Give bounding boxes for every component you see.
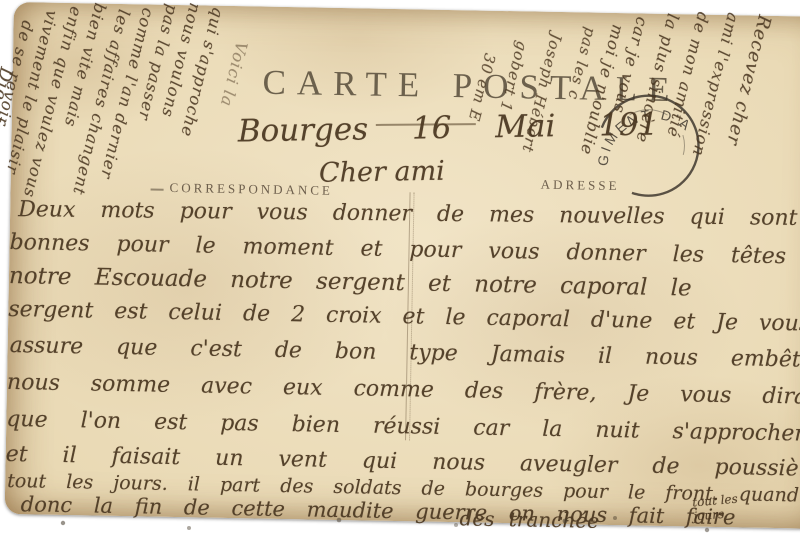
title-word-carte: CARTE [262, 63, 430, 106]
corner-note: tout les jours [692, 490, 770, 524]
salutation: Cher ami [319, 156, 445, 189]
postcard: CARTE POSTALE CORRESPONDANCE ADRESSE GIM… [5, 2, 800, 529]
body-line: sergent est celui de 2 croix et le capor… [8, 297, 800, 337]
body-line: nous somme avec eux comme des frère, Je … [7, 370, 800, 410]
correspondance-rule [151, 189, 164, 191]
left-margin-line: Voici la [217, 40, 252, 109]
body-line: assure que c'est de bon type Jamais il n… [9, 333, 800, 373]
scanner-specks [0, 0, 2, 2]
body-line: des tranchée [459, 506, 599, 533]
body-line: notre Escouade notre sergent et notre ca… [9, 263, 692, 302]
body-line: que l'on est pas bien réussi car la nuit… [6, 407, 800, 447]
scanner-background: { "printed": { "title_word_1": "CARTE", … [0, 0, 800, 536]
correspondance-label: CORRESPONDANCE [169, 180, 333, 199]
